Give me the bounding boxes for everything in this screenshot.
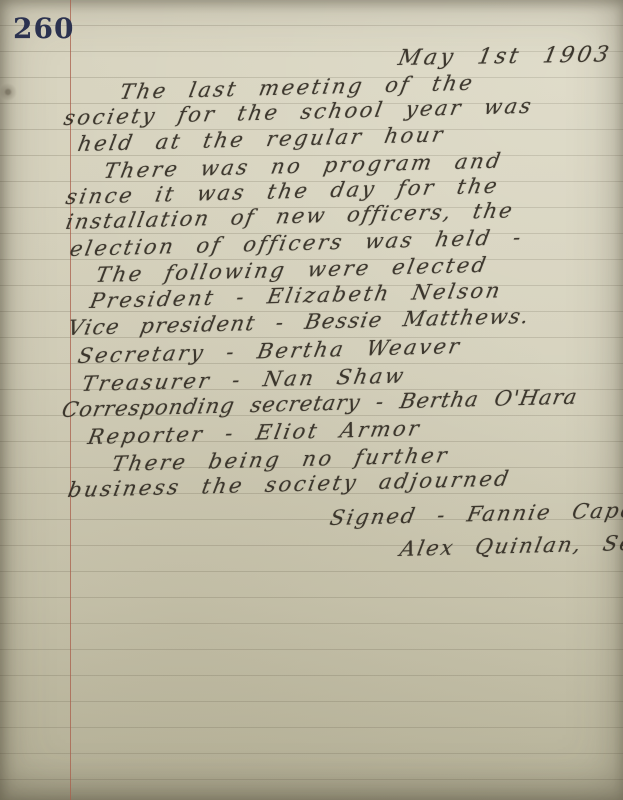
signature-line: Signed - Fannie Capes, Pres. (328, 495, 623, 530)
signature-line: Alex Quinlan, Sec. (398, 530, 623, 561)
minutes-date: May 1st 1903 (396, 42, 614, 71)
ledger-page: 260 May 1st 1903 The last meeting of the… (0, 0, 623, 800)
handwriting-line: Reporter - Eliot Armor (86, 416, 423, 449)
page-number: 260 (13, 12, 74, 45)
